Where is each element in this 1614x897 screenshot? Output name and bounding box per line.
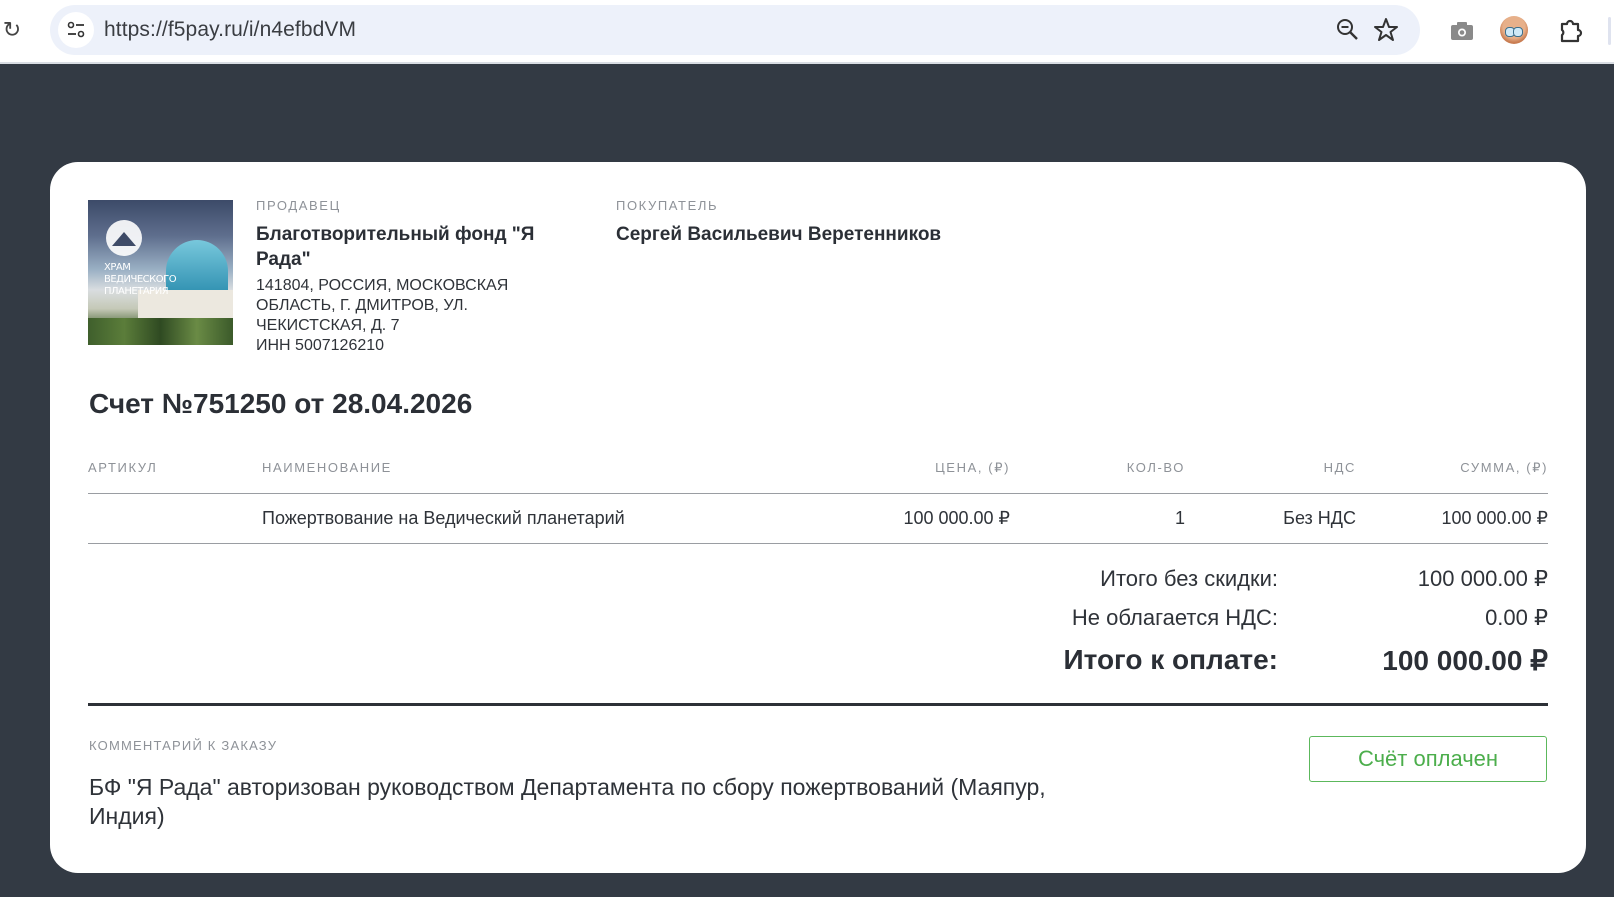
- invoice-card: ХРАМ ВЕДИЧЕСКОГО ПЛАНЕТАРИЯ ПРОДАВЕЦ Бла…: [50, 162, 1586, 873]
- cell-price: 100 000.00 ₽: [903, 508, 1010, 529]
- grand-total-value: 100 000.00 ₽: [1382, 644, 1548, 677]
- totals-block: Итого без скидки: 100 000.00 ₽ Не облага…: [988, 560, 1548, 686]
- cell-qty: 1: [1175, 508, 1185, 529]
- section-divider: [88, 703, 1548, 706]
- subtotal-row: Итого без скидки: 100 000.00 ₽: [988, 560, 1548, 599]
- cell-sum: 100 000.00 ₽: [1441, 508, 1548, 529]
- reload-icon[interactable]: ↻: [0, 18, 24, 42]
- seller-name: Благотворительный фонд "Я Рада": [256, 222, 546, 272]
- grand-total-row: Итого к оплате: 100 000.00 ₽: [988, 638, 1548, 686]
- logo-trees-graphic: [88, 318, 233, 345]
- buyer-name: Сергей Васильевич Веретенников: [616, 222, 941, 247]
- table-header: АРТИКУЛ НАИМЕНОВАНИЕ ЦЕНА, (₽) КОЛ-ВО НД…: [88, 452, 1548, 494]
- extensions-puzzle-icon[interactable]: [1556, 17, 1584, 45]
- header-vat: НДС: [1324, 460, 1356, 475]
- items-table: АРТИКУЛ НАИМЕНОВАНИЕ ЦЕНА, (₽) КОЛ-ВО НД…: [88, 452, 1548, 544]
- bookmark-star-icon[interactable]: [1373, 17, 1399, 43]
- invoice-paid-button[interactable]: Счёт оплачен: [1309, 736, 1547, 782]
- seller-address: 141804, РОССИЯ, МОСКОВСКАЯ ОБЛАСТЬ, Г. Д…: [256, 276, 546, 336]
- subtotal-label: Итого без скидки:: [1100, 566, 1278, 592]
- buyer-label: ПОКУПАТЕЛЬ: [616, 198, 941, 213]
- vat-row: Не облагается НДС: 0.00 ₽: [988, 599, 1548, 638]
- header-article: АРТИКУЛ: [88, 460, 157, 475]
- camera-icon[interactable]: [1448, 17, 1476, 45]
- seller-label: ПРОДАВЕЦ: [256, 198, 546, 213]
- browser-toolbar: ↻ https://f5pay.ru/i/n4efbdVM: [0, 0, 1614, 64]
- table-row: Пожертвование на Ведический планетарий 1…: [88, 494, 1548, 544]
- header-price: ЦЕНА, (₽): [935, 460, 1010, 476]
- cell-name: Пожертвование на Ведический планетарий: [262, 508, 625, 529]
- site-info-icon[interactable]: [58, 12, 94, 48]
- comment-text: БФ "Я Рада" авторизован руководством Деп…: [89, 773, 1089, 831]
- grand-total-label: Итого к оплате:: [1063, 644, 1278, 676]
- cell-vat: Без НДС: [1283, 508, 1356, 529]
- invoice-title: Счет №751250 от 28.04.2026: [89, 388, 472, 420]
- vat-value: 0.00 ₽: [1485, 605, 1548, 631]
- logo-text: ХРАМ ВЕДИЧЕСКОГО ПЛАНЕТАРИЯ: [104, 262, 184, 298]
- seller-logo: ХРАМ ВЕДИЧЕСКОГО ПЛАНЕТАРИЯ: [88, 200, 233, 345]
- comment-block: КОММЕНТАРИЙ К ЗАКАЗУ БФ "Я Рада" авториз…: [89, 738, 1089, 831]
- zoom-out-icon[interactable]: [1335, 17, 1361, 43]
- vat-label: Не облагается НДС:: [1072, 605, 1278, 631]
- seller-block: ПРОДАВЕЦ Благотворительный фонд "Я Рада"…: [256, 198, 546, 356]
- address-bar[interactable]: https://f5pay.ru/i/n4efbdVM: [50, 5, 1420, 55]
- subtotal-value: 100 000.00 ₽: [1418, 566, 1548, 592]
- header-name: НАИМЕНОВАНИЕ: [262, 460, 392, 475]
- url-text[interactable]: https://f5pay.ru/i/n4efbdVM: [104, 18, 356, 42]
- profile-avatar[interactable]: [1500, 16, 1528, 44]
- header-qty: КОЛ-ВО: [1127, 460, 1185, 475]
- comment-label: КОММЕНТАРИЙ К ЗАКАЗУ: [89, 738, 1089, 753]
- buyer-block: ПОКУПАТЕЛЬ Сергей Васильевич Веретеннико…: [616, 198, 941, 247]
- temple-emblem-icon: [106, 220, 142, 256]
- header-sum: СУММА, (₽): [1460, 460, 1548, 476]
- toolbar-divider: [1608, 17, 1611, 45]
- seller-inn: ИНН 5007126210: [256, 336, 546, 356]
